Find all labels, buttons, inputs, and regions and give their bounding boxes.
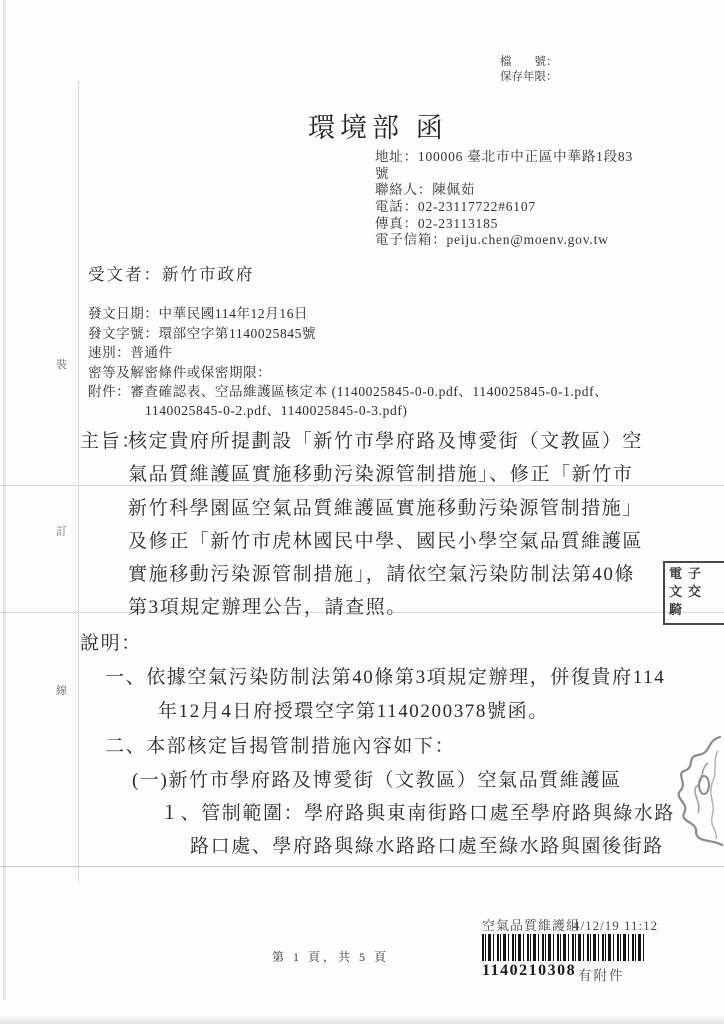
speed-class: 速別：普通件	[88, 343, 173, 363]
attachments-line2: 1140025845-0-2.pdf、1140025845-0-3.pdf)	[145, 401, 408, 421]
explanation-label: 說明：	[80, 628, 142, 655]
file-number-label: 檔 號：	[500, 55, 558, 70]
issue-date: 發文日期：中華民國114年12月16日	[88, 304, 308, 324]
explanation-item2: 二、本部核定旨揭管制措施內容如下：	[105, 731, 455, 758]
binding-mark-2: 訂	[56, 523, 67, 539]
partial-official-seal	[668, 733, 724, 848]
explanation-sub1-1-line1: １、管制範圍：學府路與東南街路口處至學府路與綠水路	[160, 798, 675, 825]
scan-edge-left	[3, 0, 6, 1000]
sender-address-line1: 地址：100006 臺北市中正區中華路1段83	[375, 149, 633, 166]
page-number-footer: 第 1 頁，共 5 頁	[272, 948, 389, 965]
attachment-flag: 有附件	[578, 964, 625, 984]
issue-number: 發文字號：環部空字第1140025845號	[88, 324, 316, 344]
security-class: 密等及解密條件或保密期限：	[88, 363, 271, 383]
electronic-exchange-stamp-col-left: 電文騎	[669, 565, 684, 621]
sender-phone: 電話：02-23117722#6107	[375, 199, 536, 216]
barcode	[482, 934, 645, 961]
binding-mark-1: 裝	[56, 356, 67, 372]
binding-dotted-line	[78, 82, 79, 882]
receiving-stamp-line: 空氣品質維護組4/12/19 11:12	[482, 915, 658, 934]
barcode-number: 1140210308	[482, 962, 576, 980]
subject-line-3: 新竹科學園區空氣品質維護區實施移動污染源管制措施」	[128, 493, 643, 520]
fold-line-3	[0, 866, 724, 867]
electronic-exchange-stamp-col-right: 子交	[688, 565, 703, 621]
sender-fax: 傳真：02-23113185	[375, 216, 498, 233]
binding-mark-3: 線	[56, 682, 67, 698]
retention-period-label: 保存年限：	[500, 70, 558, 85]
electronic-exchange-stamp: 電文騎 子交	[663, 561, 724, 625]
explanation-item1-line2: 年12月4日府授環空字第1140200378號函。	[158, 696, 549, 723]
document-title: 環境部 函	[308, 106, 448, 145]
receiving-dept: 空氣品質維護組	[482, 918, 580, 933]
subject-line-6: 第3項規定辦理公告，請查照。	[128, 592, 407, 619]
scan-edge-bottom	[0, 1015, 724, 1024]
sender-email: 電子信箱：peiju.chen@moenv.gov.tw	[375, 232, 609, 249]
attachments-line1: 附件：審查確認表、空品維護區核定本 (1140025845-0-0.pdf、11…	[88, 382, 608, 402]
scanned-letter-page: 裝 訂 線 檔 號： 保存年限： 環境部 函 地址：100006 臺北市中正區中…	[0, 0, 724, 1024]
explanation-item1-line1: 一、依據空氣污染防制法第40條第3項規定辦理，併復貴府114	[105, 662, 665, 689]
subject-line-5: 實施移動污染源管制措施」，請依空氣污染防制法第40條	[128, 559, 635, 586]
sender-address-line2: 號	[375, 166, 389, 183]
subject-line-1: 核定貴府所提劃設「新竹市學府路及博愛街（文教區）空	[128, 426, 643, 453]
recipient-line: 受文者：新竹市政府	[88, 261, 255, 285]
explanation-sub1-1-line2: 路口處、學府路與綠水路路口處至綠水路與園後街路	[190, 831, 664, 858]
receiving-datetime: 4/12/19 11:12	[573, 918, 658, 933]
explanation-sub1: (一)新竹市學府路及博愛街（文教區）空氣品質維護區	[132, 765, 622, 792]
subject-line-2: 氣品質維護區實施移動污染源管制措施」、修正「新竹市	[128, 459, 634, 486]
subject-line-4: 及修正「新竹市虎林國民中學、國民小學空氣品質維護區	[128, 526, 643, 553]
sender-contact: 聯絡人：陳佩茹	[375, 182, 475, 199]
